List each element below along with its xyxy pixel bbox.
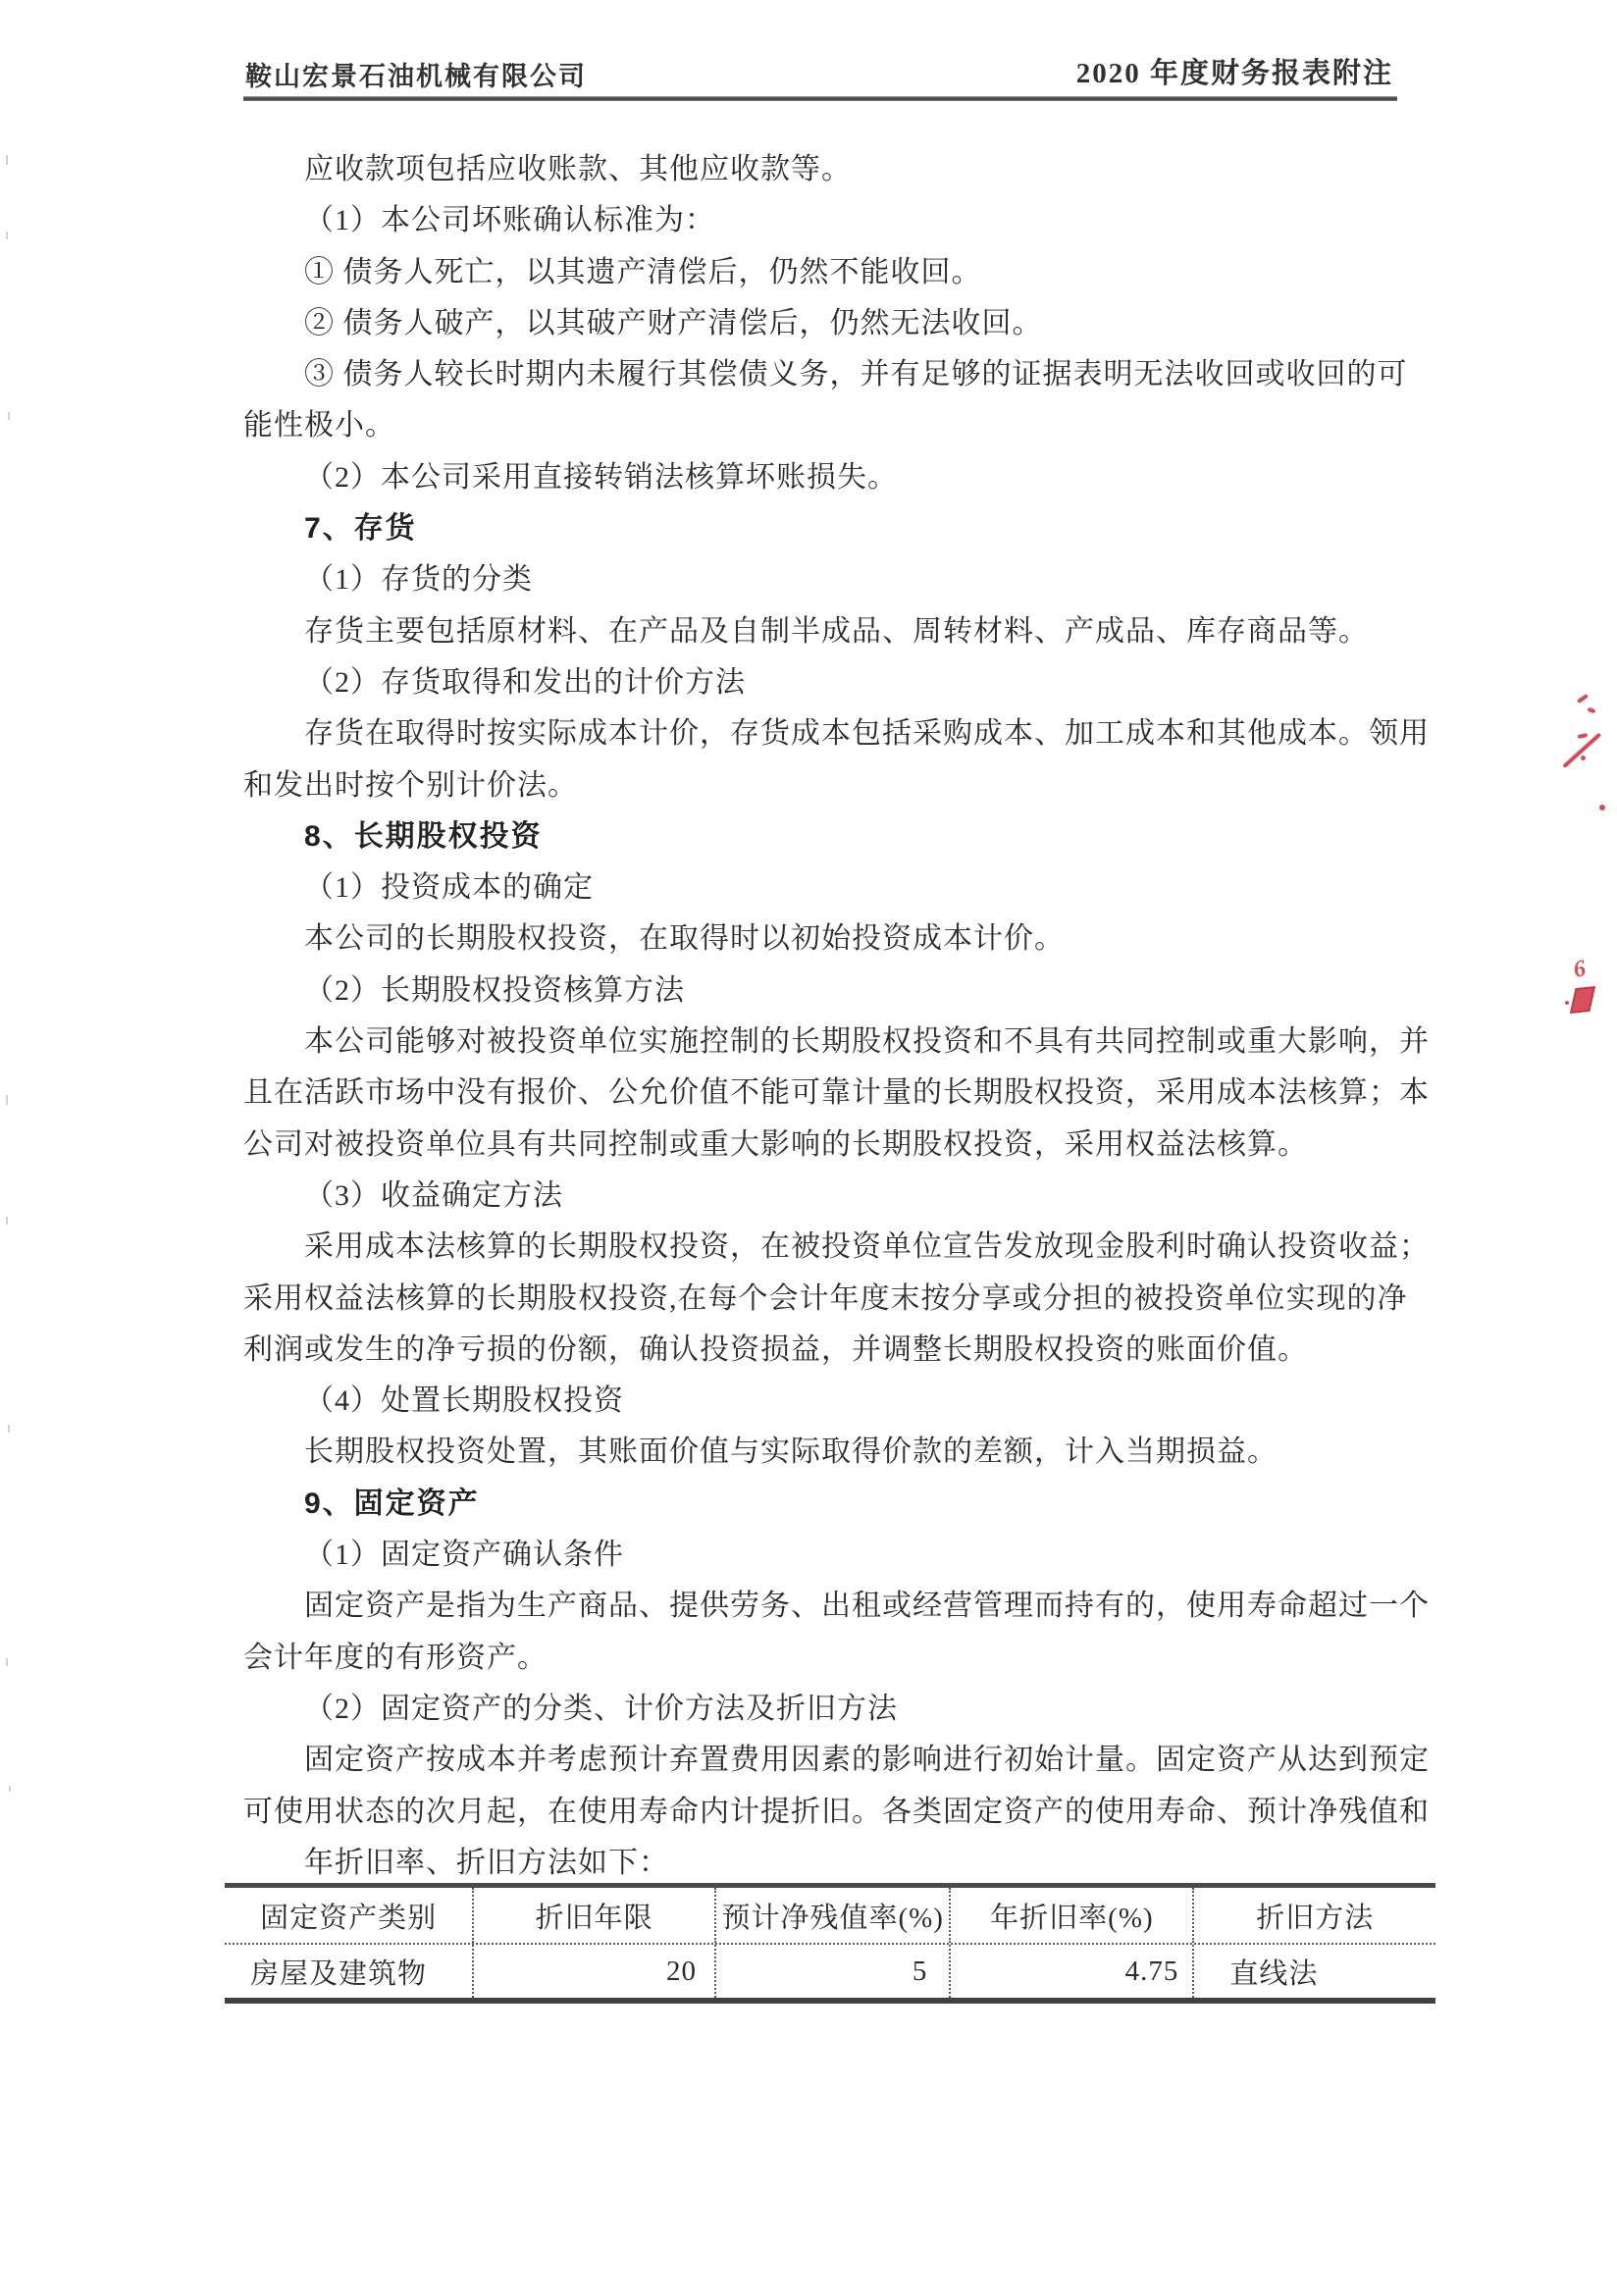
table-header-cell: 预计净残值率(%) (716, 1888, 951, 1943)
text-line: ② 债务人破产，以其破产财产清偿后，仍然无法收回。 (243, 298, 1438, 349)
table-cell: 房屋及建筑物 (225, 1945, 474, 1998)
text-line: 利润或发生的净亏损的份额，确认投资损益，并调整长期股权投资的账面价值。 (243, 1325, 1438, 1376)
text-line: （1）本公司坏账确认标准为： (243, 195, 1438, 246)
table-header-cell: 折旧方法 (1194, 1888, 1435, 1943)
text-line: 固定资产是指为生产商品、提供劳务、出租或经营管理而持有的，使用寿命超过一个 (243, 1581, 1438, 1632)
red-scribble-mark (1588, 707, 1596, 713)
red-six-mark: 6 (1571, 956, 1588, 984)
text-line: 本公司能够对被投资单位实施控制的长期股权投资和不具有共同控制或重大影响，并 (243, 1017, 1438, 1068)
table-header-cell: 折旧年限 (474, 1888, 716, 1943)
text-line: 采用权益法核算的长期股权投资,在每个会计年度末按分享或分担的被投资单位实现的净 (243, 1274, 1438, 1325)
text-line: 可使用状态的次月起，在使用寿命内计提折旧。各类固定资产的使用寿命、预计净残值和 (243, 1787, 1438, 1838)
red-diamond-mark (1570, 986, 1595, 1014)
red-dot-mark (1581, 756, 1586, 760)
red-dot-mark (1599, 805, 1605, 810)
text-line: 存货主要包括原材料、在产品及自制半成品、周转材料、产成品、库存商品等。 (243, 606, 1438, 657)
header-company-name: 鞍山宏景石油机械有限公司 (245, 55, 587, 93)
text-line: 7、存货 (243, 503, 1438, 554)
document-page: 鞍山宏景石油机械有限公司 2020 年度财务报表附注 应收款项包括应收账款、其他… (0, 0, 1617, 2296)
header-rule (243, 96, 1397, 101)
scan-speck (6, 1095, 8, 1105)
scan-speck (6, 1217, 8, 1225)
text-line: （1）投资成本的确定 (243, 862, 1438, 913)
scan-speck (8, 1425, 10, 1433)
text-line: 公司对被投资单位具有共同控制或重大影响的长期股权投资，采用权益法核算。 (243, 1120, 1438, 1171)
scan-speck (8, 412, 10, 420)
table-cell: 4.75 (951, 1945, 1194, 1998)
body-text: 应收款项包括应收账款、其他应收款等。（1）本公司坏账确认标准为：① 债务人死亡，… (243, 144, 1438, 1889)
red-scribble-mark (1578, 733, 1589, 739)
text-line: 8、长期股权投资 (243, 811, 1438, 862)
scan-speck (6, 1658, 8, 1666)
text-line: 9、固定资产 (243, 1479, 1438, 1530)
text-line: （2）固定资产的分类、计价方法及折旧方法 (243, 1684, 1438, 1735)
table-cell: 5 (716, 1945, 951, 1998)
table-header-cell: 年折旧率(%) (951, 1888, 1194, 1943)
scan-speck (6, 232, 8, 239)
table-header-row: 固定资产类别折旧年限预计净残值率(%)年折旧率(%)折旧方法 (225, 1888, 1435, 1945)
text-line: （3）收益确定方法 (243, 1171, 1438, 1222)
red-dot-mark (1565, 1001, 1569, 1005)
text-line: 会计年度的有形资产。 (243, 1633, 1438, 1684)
table-cell: 20 (474, 1945, 716, 1998)
text-line: （1）存货的分类 (243, 554, 1438, 605)
text-line: 和发出时按个别计价法。 (243, 760, 1438, 811)
text-line: （2）存货取得和发出的计价方法 (243, 657, 1438, 708)
text-line: （2）本公司采用直接转销法核算坏账损失。 (243, 452, 1438, 503)
text-line: ① 债务人死亡，以其遗产清偿后，仍然不能收回。 (243, 247, 1438, 298)
table-row: 房屋及建筑物2054.75直线法 (225, 1945, 1435, 1998)
text-line: 长期股权投资处置，其账面价值与实际取得价款的差额，计入当期损益。 (243, 1427, 1438, 1478)
text-line: 固定资产按成本并考虑预计弃置费用因素的影响进行初始计量。固定资产从达到预定 (243, 1735, 1438, 1786)
table-cell: 直线法 (1194, 1945, 1435, 1998)
text-line: 存货在取得时按实际成本计价，存货成本包括采购成本、加工成本和其他成本。领用 (243, 708, 1438, 759)
text-line: 年折旧率、折旧方法如下： (243, 1838, 1438, 1889)
table-header-cell: 固定资产类别 (225, 1888, 474, 1943)
depreciation-table: 固定资产类别折旧年限预计净残值率(%)年折旧率(%)折旧方法 房屋及建筑物205… (225, 1883, 1435, 2004)
text-line: 应收款项包括应收账款、其他应收款等。 (243, 144, 1438, 195)
red-scribble-mark (1577, 694, 1589, 704)
text-line: （2）长期股权投资核算方法 (243, 965, 1438, 1017)
scan-speck (6, 155, 8, 165)
text-line: （1）固定资产确认条件 (243, 1530, 1438, 1581)
text-line: 采用成本法核算的长期股权投资，在被投资单位宣告发放现金股利时确认投资收益； (243, 1222, 1438, 1273)
table-rows: 房屋及建筑物2054.75直线法 (225, 1945, 1435, 1998)
text-line: 且在活跃市场中没有报价、公允价值不能可靠计量的长期股权投资，采用成本法核算；本 (243, 1068, 1438, 1119)
scan-speck (9, 1786, 11, 1792)
text-line: ③ 债务人较长时期内未履行其偿债义务，并有足够的证据表明无法收回或收回的可 (243, 349, 1438, 400)
text-line: （4）处置长期股权投资 (243, 1376, 1438, 1427)
header-doc-title: 2020 年度财务报表附注 (1076, 51, 1393, 91)
text-line: 能性极小。 (243, 400, 1438, 451)
text-line: 本公司的长期股权投资，在取得时以初始投资成本计价。 (243, 913, 1438, 965)
